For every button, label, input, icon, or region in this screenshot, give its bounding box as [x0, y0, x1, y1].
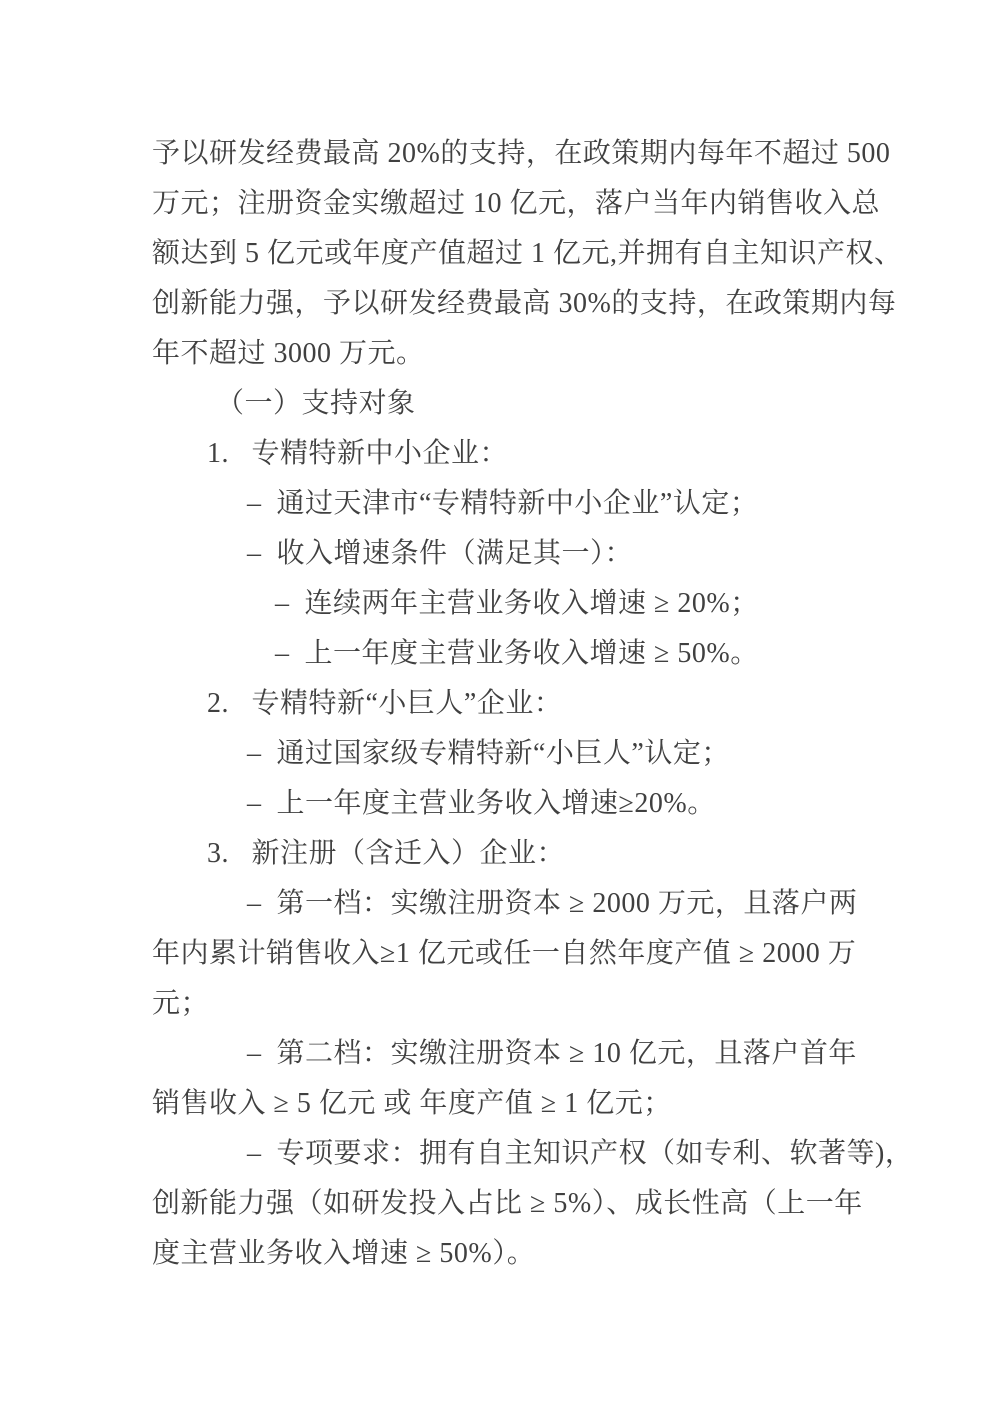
doc-line-01: 予以研发经费最高 20%的支持，在政策期内每年不超过 500 [152, 129, 858, 179]
doc-line-10: – 连续两年主营业务收入增速 ≥ 20%； [152, 579, 858, 629]
document-page: 予以研发经费最高 20%的支持，在政策期内每年不超过 500 万元；注册资金实缴… [0, 0, 1000, 1414]
doc-line-03: 额达到 5 亿元或年度产值超过 1 亿元,并拥有自主知识产权、 [152, 229, 858, 279]
doc-line-04: 创新能力强，予以研发经费最高 30%的支持，在政策期内每 [152, 279, 858, 329]
section-heading: （一）支持对象 [152, 379, 858, 429]
list-item-1: 1. 专精特新中小企业： [152, 429, 858, 479]
doc-line-19: – 第二档：实缴注册资本 ≥ 10 亿元，且落户首年 [152, 1029, 858, 1079]
doc-line-11: – 上一年度主营业务收入增速 ≥ 50%。 [152, 629, 858, 679]
doc-line-05: 年不超过 3000 万元。 [152, 329, 858, 379]
doc-line-18: 元； [152, 979, 858, 1029]
doc-line-14: – 上一年度主营业务收入增速≥20%。 [152, 779, 858, 829]
doc-line-17: 年内累计销售收入≥1 亿元或任一自然年度产值 ≥ 2000 万 [152, 929, 858, 979]
list-item-2: 2. 专精特新“小巨人”企业： [152, 679, 858, 729]
doc-line-09: – 收入增速条件（满足其一）： [152, 529, 858, 579]
doc-line-08: – 通过天津市“专精特新中小企业”认定； [152, 479, 858, 529]
doc-line-22: 创新能力强（如研发投入占比 ≥ 5%）、成长性高（上一年 [152, 1179, 858, 1229]
doc-line-02: 万元；注册资金实缴超过 10 亿元，落户当年内销售收入总 [152, 179, 858, 229]
doc-line-21: – 专项要求：拥有自主知识产权（如专利、软著等)， [152, 1129, 858, 1179]
doc-line-20: 销售收入 ≥ 5 亿元 或 年度产值 ≥ 1 亿元； [152, 1079, 858, 1129]
doc-line-13: – 通过国家级专精特新“小巨人”认定； [152, 729, 858, 779]
list-item-3: 3. 新注册（含迁入）企业： [152, 829, 858, 879]
doc-line-23: 度主营业务收入增速 ≥ 50%）。 [152, 1229, 858, 1279]
document-text-block: 予以研发经费最高 20%的支持，在政策期内每年不超过 500 万元；注册资金实缴… [152, 129, 858, 1279]
doc-line-16: – 第一档：实缴注册资本 ≥ 2000 万元，且落户两 [152, 879, 858, 929]
